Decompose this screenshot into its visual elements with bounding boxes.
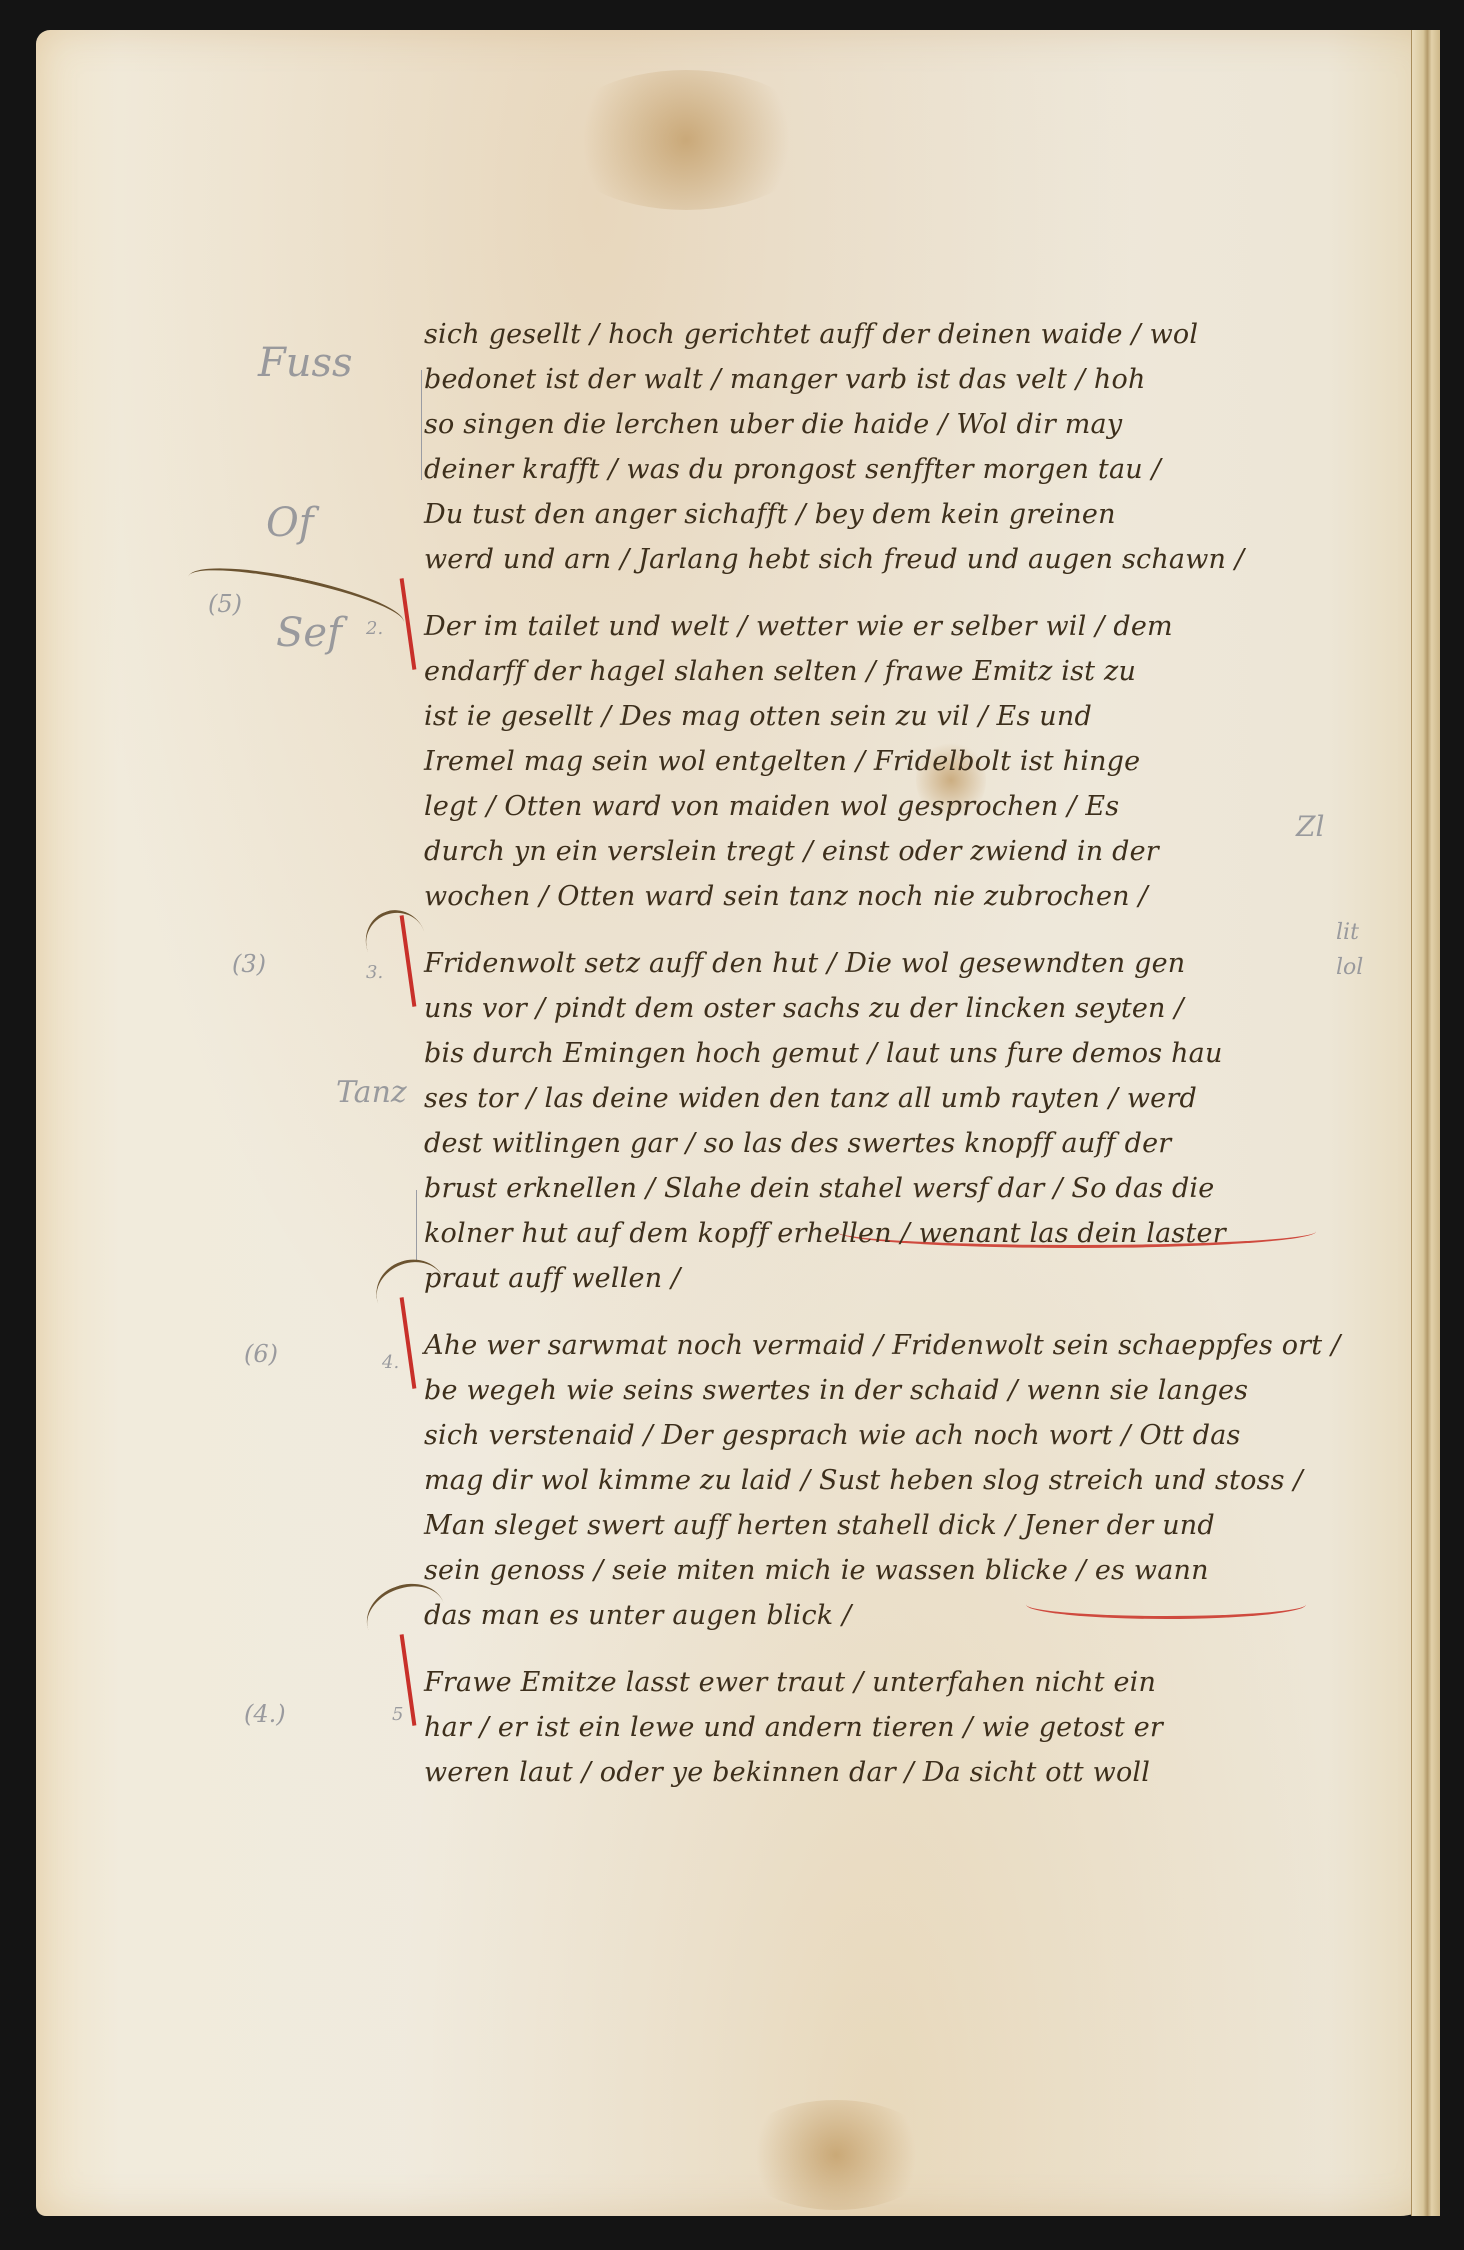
text-line: deiner krafft / was du prongost senffter… (424, 447, 1354, 492)
stain-top (556, 70, 816, 210)
stanza-3: Fridenwolt setz auff den hut / Die wol g… (424, 941, 1354, 1301)
text-line: ses tor / las deine widen den tanz all u… (424, 1076, 1354, 1121)
text-line: sich gesellt / hoch gerichtet auff der d… (424, 312, 1354, 357)
stanza-5: Frawe Emitze lasst ewer traut / unterfah… (424, 1660, 1354, 1795)
margin-note: Of (266, 500, 314, 546)
text-line: ist ie gesellt / Des mag otten sein zu v… (424, 694, 1354, 739)
text-line: be wegeh wie seins swertes in der schaid… (424, 1368, 1354, 1413)
margin-note: (6) (244, 1340, 278, 1368)
text-line: legt / Otten ward von maiden wol gesproc… (424, 784, 1354, 829)
margin-note: 5 (392, 1704, 403, 1725)
margin-note: (3) (232, 950, 266, 978)
pencil-bracket (416, 1190, 417, 1260)
margin-note: Fuss (258, 340, 353, 386)
text-line: wochen / Otten ward sein tanz noch nie z… (424, 874, 1354, 919)
text-block: sich gesellt / hoch gerichtet auff der d… (424, 312, 1354, 1817)
manuscript-page: Fuss Of (5) Sef 2. (3) 3. Tanz (6) 4. (4… (36, 30, 1440, 2216)
text-line: Der im tailet und welt / wetter wie er s… (424, 604, 1354, 649)
text-line: werd und arn / Jarlang hebt sich freud u… (424, 537, 1354, 582)
text-line: das man es unter augen blick / (424, 1593, 1354, 1638)
text-line: kolner hut auf dem kopff erhellen / wena… (424, 1211, 1354, 1256)
text-line: endarff der hagel slahen selten / frawe … (424, 649, 1354, 694)
text-line: brust erknellen / Slahe dein stahel wers… (424, 1166, 1354, 1211)
page-edge-binding (1411, 30, 1440, 2216)
stanza-2: Der im tailet und welt / wetter wie er s… (424, 604, 1354, 919)
text-line: Iremel mag sein wol entgelten / Fridelbo… (424, 739, 1354, 784)
text-line: Frawe Emitze lasst ewer traut / unterfah… (424, 1660, 1354, 1705)
text-line: Du tust den anger sichafft / bey dem kei… (424, 492, 1354, 537)
pencil-bracket (421, 370, 422, 480)
text-line: weren laut / oder ye bekinnen dar / Da s… (424, 1750, 1354, 1795)
margin-note: Tanz (336, 1075, 407, 1110)
margin-note: (4.) (244, 1700, 286, 1728)
stanza-4: Ahe wer sarwmat noch vermaid / Fridenwol… (424, 1323, 1354, 1638)
text-line: Ahe wer sarwmat noch vermaid / Fridenwol… (424, 1323, 1354, 1368)
text-line: sein genoss / seie miten mich ie wassen … (424, 1548, 1354, 1593)
text-line: Man sleget swert auff herten stahell dic… (424, 1503, 1354, 1548)
text-line: sich verstenaid / Der gesprach wie ach n… (424, 1413, 1354, 1458)
margin-note: 4. (382, 1352, 399, 1373)
text-line: mag dir wol kimme zu laid / Sust heben s… (424, 1458, 1354, 1503)
text-line: bis durch Emingen hoch gemut / laut uns … (424, 1031, 1354, 1076)
text-line: praut auff wellen / (424, 1256, 1354, 1301)
text-line: durch yn ein verslein tregt / einst oder… (424, 829, 1354, 874)
text-line: uns vor / pindt dem oster sachs zu der l… (424, 986, 1354, 1031)
text-line: so singen die lerchen uber die haide / W… (424, 402, 1354, 447)
stanza-1: sich gesellt / hoch gerichtet auff der d… (424, 312, 1354, 582)
stain-bottom (736, 2100, 936, 2210)
text-line: Fridenwolt setz auff den hut / Die wol g… (424, 941, 1354, 986)
text-line: bedonet ist der walt / manger varb ist d… (424, 357, 1354, 402)
text-line: dest witlingen gar / so las des swertes … (424, 1121, 1354, 1166)
text-line: har / er ist ein lewe und andern tieren … (424, 1705, 1354, 1750)
